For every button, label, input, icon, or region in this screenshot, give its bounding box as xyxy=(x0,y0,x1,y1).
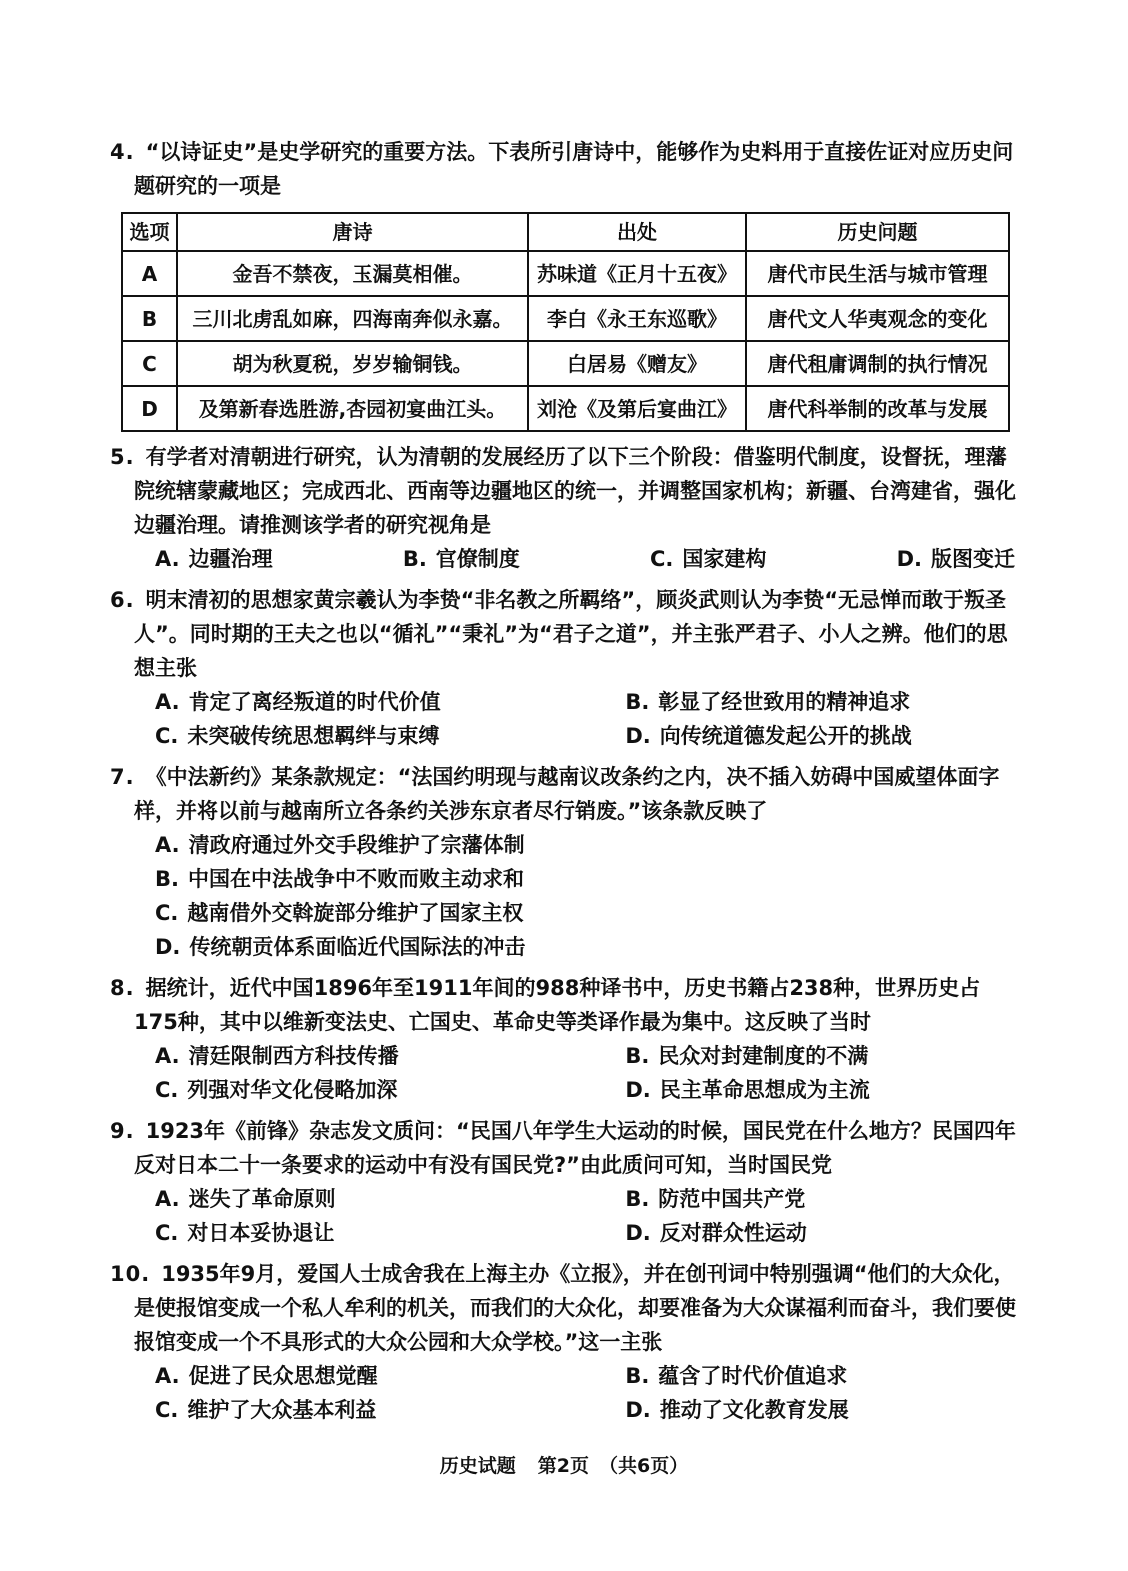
question-number: 5. xyxy=(110,445,135,469)
option-b: B.蕴含了时代价值追求 xyxy=(625,1364,847,1388)
option-b: B.中国在中法战争中不败而败主动求和 xyxy=(155,867,524,891)
table-cell: 及第新春选胜游,杏园初宴曲江头。 xyxy=(177,386,528,431)
question-stem: 明末清初的思想家黄宗羲认为李贽“非名教之所羁络”，顾炎武则认为李贽“无忌惮而敢于… xyxy=(134,588,1008,680)
option-label: C. xyxy=(155,1078,178,1102)
question-8-options-row-1: A.清廷限制西方科技传播 B.民众对封建制度的不满 xyxy=(110,1039,1016,1073)
table-cell: D xyxy=(122,386,177,431)
question-number: 8. xyxy=(110,976,135,1000)
option-a: A.肯定了离经叛道的时代价值 xyxy=(155,685,618,719)
table-cell: 三川北虏乱如麻，四海南奔似永嘉。 xyxy=(177,296,528,341)
table-cell: 唐代文人华夷观念的变化 xyxy=(746,296,1009,341)
option-text: 迷失了革命原则 xyxy=(189,1187,336,1211)
option-d: D.传统朝贡体系面临近代国际法的冲击 xyxy=(155,935,525,959)
question-9: 9.1923年《前锋》杂志发文质问：“民国八年学生大运动的时候，国民党在什么地方… xyxy=(110,1114,1016,1250)
option-a: A.清廷限制西方科技传播 xyxy=(155,1039,618,1073)
question-9-options-row-1: A.迷失了革命原则 B.防范中国共产党 xyxy=(110,1182,1016,1216)
table-header-source: 出处 xyxy=(528,213,746,251)
question-6-options-row-2: C.未突破传统思想羁绊与束缚 D.向传统道德发起公开的挑战 xyxy=(110,719,1016,753)
option-label: D. xyxy=(625,1398,650,1422)
option-c: C.越南借外交斡旋部分维护了国家主权 xyxy=(155,901,523,925)
option-c: C.对日本妥协退让 xyxy=(155,1216,618,1250)
question-stem: 1923年《前锋》杂志发文质问：“民国八年学生大运动的时候，国民党在什么地方？民… xyxy=(134,1119,1016,1177)
option-text: 民主革命思想成为主流 xyxy=(660,1078,870,1102)
option-text: 官僚制度 xyxy=(436,547,520,571)
question-6-options-row-1: A.肯定了离经叛道的时代价值 B.彰显了经世致用的精神追求 xyxy=(110,685,1016,719)
question-10-head: 10.1935年9月，爱国人士成舍我在上海主办《立报》，并在创刊词中特别强调“他… xyxy=(110,1257,1016,1359)
question-number: 9. xyxy=(110,1119,135,1143)
table-cell: 唐代市民生活与城市管理 xyxy=(746,251,1009,296)
option-a: A.促进了民众思想觉醒 xyxy=(155,1359,618,1393)
table-cell: A xyxy=(122,251,177,296)
option-label: D. xyxy=(897,547,922,571)
question-4-table: 选项 唐诗 出处 历史问题 A 金吾不禁夜，玉漏莫相催。 苏味道《正月十五夜》 … xyxy=(121,212,1010,432)
table-header-history: 历史问题 xyxy=(746,213,1009,251)
option-d: D.版图变迁 xyxy=(897,542,1015,576)
question-8: 8.据统计，近代中国1896年至1911年间的988种译书中，历史书籍占238种… xyxy=(110,971,1016,1107)
option-d: D.向传统道德发起公开的挑战 xyxy=(625,724,911,748)
table-cell: 胡为秋夏税，岁岁输铜钱。 xyxy=(177,341,528,386)
option-text: 向传统道德发起公开的挑战 xyxy=(660,724,912,748)
question-10-options-row-1: A.促进了民众思想觉醒 B.蕴含了时代价值追求 xyxy=(110,1359,1016,1393)
option-c: C.未突破传统思想羁绊与束缚 xyxy=(155,719,618,753)
table-cell: C xyxy=(122,341,177,386)
table-cell: 唐代租庸调制的执行情况 xyxy=(746,341,1009,386)
question-7-option-c-row: C.越南借外交斡旋部分维护了国家主权 xyxy=(110,896,1016,930)
option-label: C. xyxy=(155,724,178,748)
option-label: B. xyxy=(625,690,649,714)
question-9-options-row-2: C.对日本妥协退让 D.反对群众性运动 xyxy=(110,1216,1016,1250)
table-row: C 胡为秋夏税，岁岁输铜钱。 白居易《赠友》 唐代租庸调制的执行情况 xyxy=(122,341,1009,386)
question-10-options-row-2: C.维护了大众基本利益 D.推动了文化教育发展 xyxy=(110,1393,1016,1427)
option-c: C.国家建构 xyxy=(650,542,766,576)
question-10: 10.1935年9月，爱国人士成舍我在上海主办《立报》，并在创刊词中特别强调“他… xyxy=(110,1257,1016,1427)
option-label: B. xyxy=(625,1044,649,1068)
option-d: D.民主革命思想成为主流 xyxy=(625,1078,869,1102)
question-6: 6.明末清初的思想家黄宗羲认为李贽“非名教之所羁络”，顾炎武则认为李贽“无忌惮而… xyxy=(110,583,1016,753)
table-header-option: 选项 xyxy=(122,213,177,251)
option-label: C. xyxy=(155,901,178,925)
question-stem: 《中法新约》某条款规定：“法国约明现与越南议改条约之内，决不插入妨碍中国威望体面… xyxy=(134,765,999,823)
option-text: 民众对封建制度的不满 xyxy=(658,1044,868,1068)
question-stem: “以诗证史”是史学研究的重要方法。下表所引唐诗中，能够作为史料用于直接佐证对应历… xyxy=(134,140,1013,198)
option-b: B.防范中国共产党 xyxy=(625,1187,805,1211)
option-text: 蕴含了时代价值追求 xyxy=(658,1364,847,1388)
option-a: A.边疆治理 xyxy=(155,542,273,576)
question-7: 7.《中法新约》某条款规定：“法国约明现与越南议改条约之内，决不插入妨碍中国威望… xyxy=(110,760,1016,964)
question-5-head: 5.有学者对清朝进行研究，认为清朝的发展经历了以下三个阶段：借鉴明代制度，设督抚… xyxy=(110,440,1016,542)
option-label: C. xyxy=(155,1221,178,1245)
page-footer: 历史试题第2页（共6页） xyxy=(0,1452,1128,1480)
table-cell: 金吾不禁夜，玉漏莫相催。 xyxy=(177,251,528,296)
question-9-head: 9.1923年《前锋》杂志发文质问：“民国八年学生大运动的时候，国民党在什么地方… xyxy=(110,1114,1016,1182)
option-label: A. xyxy=(155,1044,180,1068)
option-text: 传统朝贡体系面临近代国际法的冲击 xyxy=(189,935,525,959)
option-text: 反对群众性运动 xyxy=(660,1221,807,1245)
question-number: 4. xyxy=(110,140,135,164)
table-header-row: 选项 唐诗 出处 历史问题 xyxy=(122,213,1009,251)
table-row: B 三川北虏乱如麻，四海南奔似永嘉。 李白《永王东巡歌》 唐代文人华夷观念的变化 xyxy=(122,296,1009,341)
option-text: 中国在中法战争中不败而败主动求和 xyxy=(188,867,524,891)
option-text: 彰显了经世致用的精神追求 xyxy=(658,690,910,714)
table-row: A 金吾不禁夜，玉漏莫相催。 苏味道《正月十五夜》 唐代市民生活与城市管理 xyxy=(122,251,1009,296)
option-label: D. xyxy=(625,1221,650,1245)
question-7-option-a-row: A.清政府通过外交手段维护了宗藩体制 xyxy=(110,828,1016,862)
question-7-option-d-row: D.传统朝贡体系面临近代国际法的冲击 xyxy=(110,930,1016,964)
table-cell: B xyxy=(122,296,177,341)
option-c: C.维护了大众基本利益 xyxy=(155,1393,618,1427)
option-label: A. xyxy=(155,690,180,714)
option-text: 边疆治理 xyxy=(189,547,273,571)
table-cell: 苏味道《正月十五夜》 xyxy=(528,251,746,296)
question-5-options: A.边疆治理 B.官僚制度 C.国家建构 D.版图变迁 xyxy=(110,542,1015,576)
table-cell: 唐代科举制的改革与发展 xyxy=(746,386,1009,431)
option-label: A. xyxy=(155,1364,180,1388)
option-label: C. xyxy=(650,547,673,571)
option-text: 推动了文化教育发展 xyxy=(660,1398,849,1422)
option-b: B.民众对封建制度的不满 xyxy=(625,1044,868,1068)
question-number: 7. xyxy=(110,765,135,789)
option-label: A. xyxy=(155,1187,180,1211)
option-label: B. xyxy=(625,1364,649,1388)
option-label: D. xyxy=(625,1078,650,1102)
option-text: 肯定了离经叛道的时代价值 xyxy=(189,690,441,714)
option-d: D.推动了文化教育发展 xyxy=(625,1398,848,1422)
option-label: B. xyxy=(155,867,179,891)
option-d: D.反对群众性运动 xyxy=(625,1221,806,1245)
table-cell: 李白《永王东巡歌》 xyxy=(528,296,746,341)
option-text: 未突破传统思想羁绊与束缚 xyxy=(187,724,439,748)
option-text: 版图变迁 xyxy=(931,547,1015,571)
option-text: 对日本妥协退让 xyxy=(187,1221,334,1245)
option-text: 促进了民众思想觉醒 xyxy=(189,1364,378,1388)
option-text: 清政府通过外交手段维护了宗藩体制 xyxy=(189,833,525,857)
option-a: A.清政府通过外交手段维护了宗藩体制 xyxy=(155,833,525,857)
option-label: C. xyxy=(155,1398,178,1422)
question-7-head: 7.《中法新约》某条款规定：“法国约明现与越南议改条约之内，决不插入妨碍中国威望… xyxy=(110,760,1016,828)
footer-page-number: 第2页 xyxy=(538,1455,589,1477)
option-text: 维护了大众基本利益 xyxy=(187,1398,376,1422)
question-number: 10. xyxy=(110,1262,150,1286)
table-cell: 白居易《赠友》 xyxy=(528,341,746,386)
option-text: 越南借外交斡旋部分维护了国家主权 xyxy=(187,901,523,925)
option-text: 清廷限制西方科技传播 xyxy=(189,1044,399,1068)
option-label: D. xyxy=(155,935,180,959)
option-text: 国家建构 xyxy=(682,547,766,571)
option-label: A. xyxy=(155,833,180,857)
question-6-head: 6.明末清初的思想家黄宗羲认为李贽“非名教之所羁络”，顾炎武则认为李贽“无忌惮而… xyxy=(110,583,1016,685)
question-5: 5.有学者对清朝进行研究，认为清朝的发展经历了以下三个阶段：借鉴明代制度，设督抚… xyxy=(110,440,1016,576)
option-c: C.列强对华文化侵略加深 xyxy=(155,1073,618,1107)
option-a: A.迷失了革命原则 xyxy=(155,1182,618,1216)
question-8-options-row-2: C.列强对华文化侵略加深 D.民主革命思想成为主流 xyxy=(110,1073,1016,1107)
footer-doc-title: 历史试题 xyxy=(440,1455,516,1477)
option-label: B. xyxy=(625,1187,649,1211)
option-label: D. xyxy=(625,724,650,748)
table-header-poem: 唐诗 xyxy=(177,213,528,251)
option-b: B.彰显了经世致用的精神追求 xyxy=(625,690,910,714)
option-b: B.官僚制度 xyxy=(403,542,520,576)
option-label: A. xyxy=(155,547,180,571)
option-label: B. xyxy=(403,547,427,571)
question-7-option-b-row: B.中国在中法战争中不败而败主动求和 xyxy=(110,862,1016,896)
option-text: 列强对华文化侵略加深 xyxy=(187,1078,397,1102)
exam-page: 4.“以诗证史”是史学研究的重要方法。下表所引唐诗中，能够作为史料用于直接佐证对… xyxy=(0,0,1128,1571)
option-text: 防范中国共产党 xyxy=(658,1187,805,1211)
question-number: 6. xyxy=(110,588,135,612)
table-cell: 刘沧《及第后宴曲江》 xyxy=(528,386,746,431)
question-stem: 据统计，近代中国1896年至1911年间的988种译书中，历史书籍占238种，世… xyxy=(134,976,980,1034)
question-4-head: 4.“以诗证史”是史学研究的重要方法。下表所引唐诗中，能够作为史料用于直接佐证对… xyxy=(110,135,1016,203)
question-4: 4.“以诗证史”是史学研究的重要方法。下表所引唐诗中，能够作为史料用于直接佐证对… xyxy=(110,135,1016,432)
question-8-head: 8.据统计，近代中国1896年至1911年间的988种译书中，历史书籍占238种… xyxy=(110,971,1016,1039)
footer-total-pages: （共6页） xyxy=(599,1455,688,1477)
table-row: D 及第新春选胜游,杏园初宴曲江头。 刘沧《及第后宴曲江》 唐代科举制的改革与发… xyxy=(122,386,1009,431)
question-stem: 1935年9月，爱国人士成舍我在上海主办《立报》，并在创刊词中特别强调“他们的大… xyxy=(134,1262,1016,1354)
question-stem: 有学者对清朝进行研究，认为清朝的发展经历了以下三个阶段：借鉴明代制度，设督抚，理… xyxy=(134,445,1016,537)
